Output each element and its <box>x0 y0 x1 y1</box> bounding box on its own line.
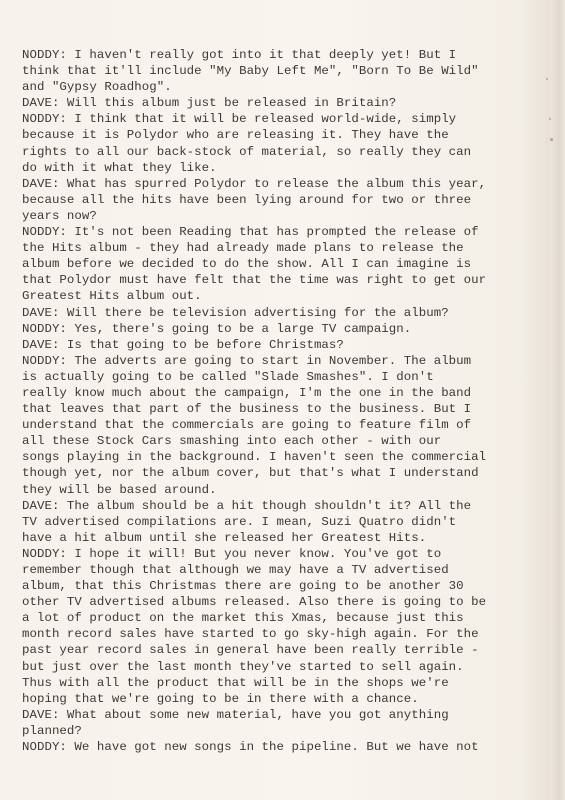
transcript-line: DAVE: Is that going to be before Christm… <box>22 337 542 353</box>
transcript-line: is actually going to be called "Slade Sm… <box>22 369 542 385</box>
transcript-line: NODDY: We have got new songs in the pipe… <box>22 739 542 755</box>
transcript-line: month record sales have started to go sk… <box>22 626 542 642</box>
transcript-line: NODDY: Yes, there's going to be a large … <box>22 321 542 337</box>
transcript-line: really know much about the campaign, I'm… <box>22 385 542 401</box>
transcript-line: a lot of product on the market this Xmas… <box>22 610 542 626</box>
transcript-line: other TV advertised albums released. Als… <box>22 594 542 610</box>
transcript-line: songs playing in the background. I haven… <box>22 449 542 465</box>
transcript-line: and "Gypsy Roadhog". <box>22 79 542 95</box>
transcript-line: remember though that although we may hav… <box>22 562 542 578</box>
transcript-line: NODDY: I think that it will be released … <box>22 111 542 127</box>
paper-speck <box>549 118 551 120</box>
transcript-line: they will be based around. <box>22 482 542 498</box>
transcript-line: DAVE: Will this album just be released i… <box>22 95 542 111</box>
transcript-line: because all the hits have been lying aro… <box>22 192 542 208</box>
scanned-page: NODDY: I haven't really got into it that… <box>0 0 565 800</box>
transcript-line: that leaves that part of the business to… <box>22 401 542 417</box>
transcript-line: Thus with all the product that will be i… <box>22 675 542 691</box>
transcript-line: years now? <box>22 208 542 224</box>
transcript-line: think that it'll include "My Baby Left M… <box>22 63 542 79</box>
interview-transcript: NODDY: I haven't really got into it that… <box>22 47 542 755</box>
transcript-line: Greatest Hits album out. <box>22 288 542 304</box>
transcript-line: NODDY: It's not been Reading that has pr… <box>22 224 542 240</box>
transcript-line: NODDY: I haven't really got into it that… <box>22 47 542 63</box>
transcript-line: planned? <box>22 723 542 739</box>
transcript-line: DAVE: What about some new material, have… <box>22 707 542 723</box>
transcript-line: because it is Polydor who are releasing … <box>22 127 542 143</box>
transcript-line: the Hits album - they had already made p… <box>22 240 542 256</box>
transcript-line: TV advertised compilations are. I mean, … <box>22 514 542 530</box>
transcript-line: that Polydor must have felt that the tim… <box>22 272 542 288</box>
transcript-line: understand that the commercials are goin… <box>22 417 542 433</box>
transcript-line: though yet, nor the album cover, but tha… <box>22 465 542 481</box>
transcript-line: past year record sales in general have b… <box>22 642 542 658</box>
page-edge-shadow <box>551 0 565 800</box>
transcript-line: DAVE: The album should be a hit though s… <box>22 498 542 514</box>
transcript-line: DAVE: Will there be television advertisi… <box>22 305 542 321</box>
transcript-line: album, that this Christmas there are goi… <box>22 578 542 594</box>
transcript-line: hoping that we're going to be in there w… <box>22 691 542 707</box>
transcript-line: DAVE: What has spurred Polydor to releas… <box>22 176 542 192</box>
transcript-line: have a hit album until she released her … <box>22 530 542 546</box>
transcript-line: but just over the last month they've sta… <box>22 659 542 675</box>
paper-speck <box>546 78 548 80</box>
transcript-line: all these Stock Cars smashing into each … <box>22 433 542 449</box>
transcript-line: NODDY: The adverts are going to start in… <box>22 353 542 369</box>
transcript-line: album before we decided to do the show. … <box>22 256 542 272</box>
transcript-line: do with it what they like. <box>22 160 542 176</box>
transcript-line: rights to all our back-stock of material… <box>22 144 542 160</box>
transcript-line: NODDY: I hope it will! But you never kno… <box>22 546 542 562</box>
paper-speck <box>550 138 553 141</box>
